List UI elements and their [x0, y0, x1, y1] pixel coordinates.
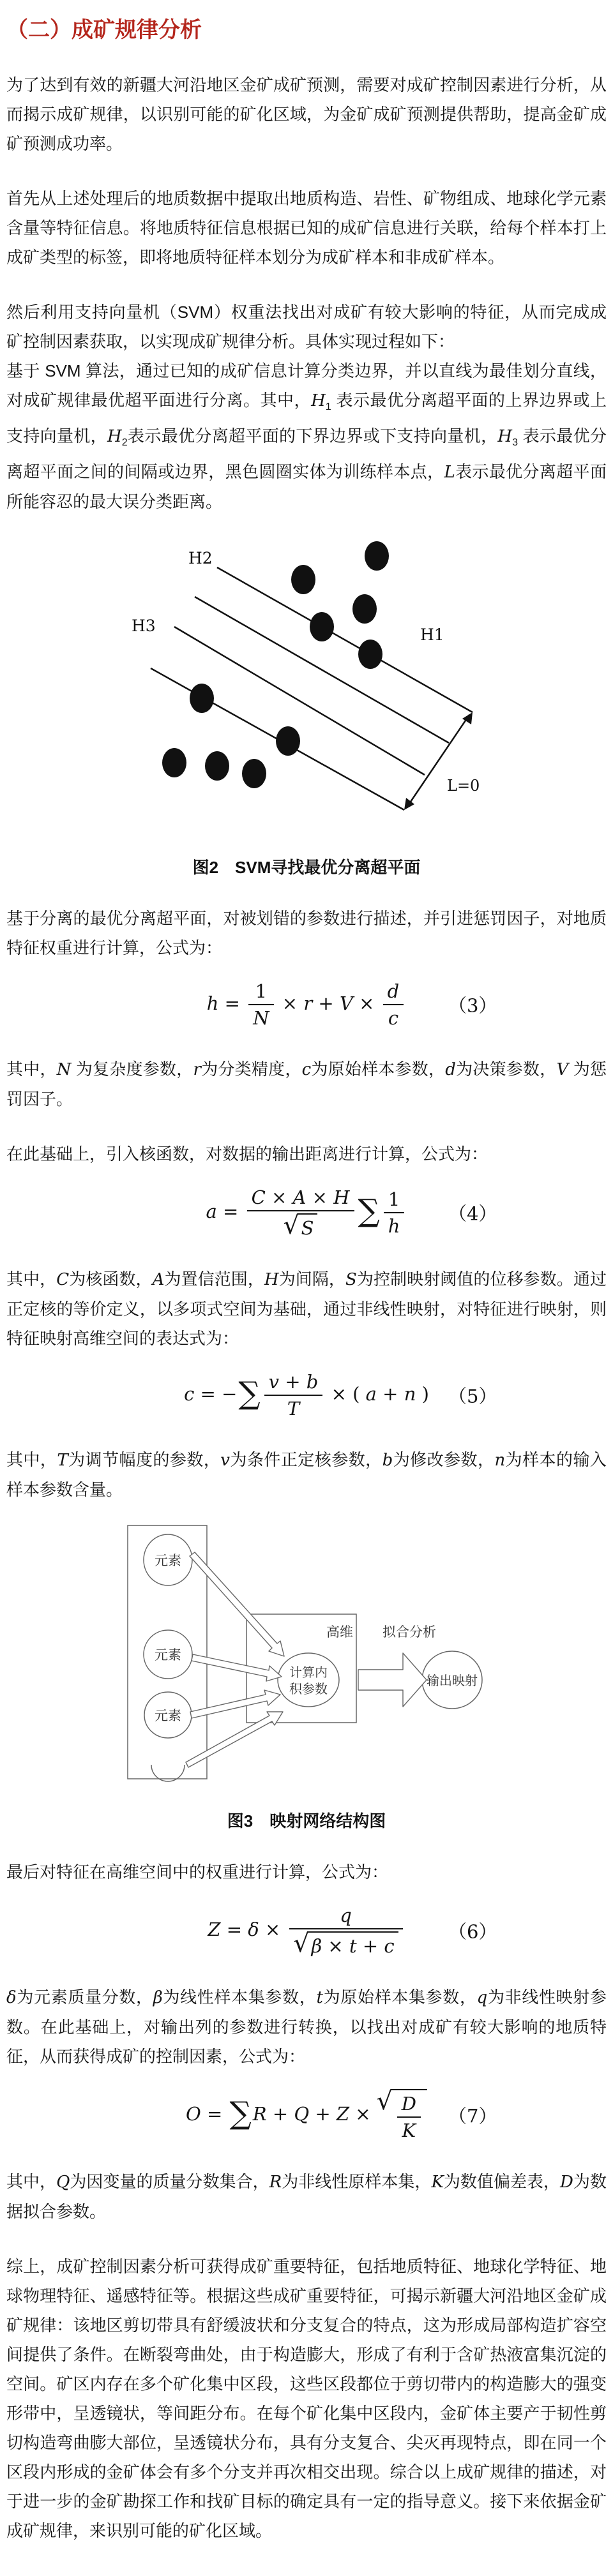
formula-6: Z = δ × q√β × t + c （6） [6, 1905, 607, 1957]
formula-6-number: （6） [448, 1918, 497, 1944]
high-dimension-label: 高维 [326, 1624, 353, 1640]
training-sample-points [162, 541, 389, 788]
mapping-arrow-icon [192, 1654, 282, 1681]
paragraph-weight-calc: 最后对特征在高维空间中的权重进行计算，公式为： [6, 1857, 607, 1887]
mapping-arrow-icon [186, 1712, 283, 1767]
formula-3-body: h = 1N × r + V × dc [207, 980, 406, 1029]
article-page: （二）成矿规律分析 为了达到有效的新疆大河沿地区金矿成矿预测，需要对成矿控制因素… [0, 0, 613, 2576]
sample-point [162, 748, 186, 777]
inner-product-node [278, 1653, 339, 1707]
formula-7-number: （7） [448, 2102, 497, 2129]
paragraph-formula3-terms: 其中，N 为复杂度参数，r为分类精度，c为原始样本参数，d为决策参数，V 为惩罚… [6, 1054, 607, 1114]
element-label-2: 元素 [155, 1647, 181, 1663]
element-label-3: 元素 [155, 1708, 181, 1723]
inner-product-label-line2: 积参数 [289, 1681, 328, 1696]
formula-3-number: （3） [448, 992, 497, 1018]
figure2-caption: 图2 SVM寻找最优分离超平面 [6, 855, 607, 878]
paragraph-feature-extraction: 首先从上述处理后的地质数据中提取出地质构造、岩性、矿物组成、地球化学元素含量等特… [6, 184, 607, 272]
mapping-arrow-icon [190, 1552, 284, 1656]
paragraph-kernel-intro: 在此基础上，引入核函数，对数据的输出距离进行计算，公式为： [6, 1139, 607, 1169]
label-l0: L=0 [447, 777, 480, 795]
output-mapping-label: 输出映射 [427, 1673, 478, 1688]
paragraph-svm-method: 然后利用支持向量机（SVM）权重法找出对成矿有较大影响的特征，从而完成成矿控制因… [6, 297, 607, 356]
sample-point [291, 565, 315, 594]
formula-3: h = 1N × r + V × dc （3） [6, 980, 607, 1029]
paragraph-hyperplane-description: 基于 SVM 算法，通过已知的成矿信息计算分类边界，并以直线为最佳划分直线，对成… [6, 356, 607, 516]
label-h1: H1 [420, 625, 444, 644]
sample-point [365, 541, 389, 571]
sample-point [310, 612, 334, 641]
fit-analysis-arrow-icon [358, 1653, 427, 1707]
inner-product-label-line1: 计算内 [289, 1665, 328, 1680]
formula-6-body: Z = δ × q√β × t + c [208, 1905, 405, 1957]
formula-7-body: O = ∑R + Q + Z × √DK [186, 2089, 427, 2141]
paragraph-intro: 为了达到有效的新疆大河沿地区金矿成矿预测，需要对成矿控制因素进行分析，从而揭示成… [6, 70, 607, 158]
paragraph-summary: 综上，成矿控制因素分析可获得成矿重要特征，包括地质特征、地球化学特征、地球物理特… [6, 2252, 607, 2545]
formula-5-body: c = −∑v + bT × ( a + n ) [184, 1371, 429, 1419]
page-title: （二）成矿规律分析 [6, 15, 607, 45]
label-h3: H3 [132, 617, 156, 635]
figure-svm-hyperplane: H2 H3 H1 L=0 [121, 535, 492, 846]
label-h2: H2 [188, 549, 213, 567]
sample-point [190, 684, 214, 713]
formula-7: O = ∑R + Q + Z × √DK （7） [6, 2089, 607, 2141]
element-label-1: 元素 [155, 1553, 181, 1568]
formula-5: c = −∑v + bT × ( a + n ) （5） [6, 1371, 607, 1419]
formula-4-number: （4） [448, 1200, 497, 1226]
figure3-caption: 图3 映射网络结构图 [6, 1808, 607, 1832]
formula-5-number: （5） [448, 1382, 497, 1409]
formula-4: a = C × A × H√S∑1h （4） [6, 1187, 607, 1239]
fit-analysis-label: 拟合分析 [382, 1624, 436, 1640]
sample-point [352, 594, 377, 624]
mapping-arrow-icon [190, 1690, 280, 1718]
formula-4-body: a = C × A × H√S∑1h [206, 1187, 407, 1239]
paragraph-formula5-terms: 其中，T为调节幅度的参数，v为条件正定核参数，b为修改参数，n为样本的输入样本参… [6, 1445, 607, 1504]
paragraph-formula6-terms: δ为元素质量分数，β为线性样本集参数，t为原始样本集参数，q为非线性映射参数。在… [6, 1982, 607, 2071]
paragraph-penalty-factor: 基于分离的最优分离超平面，对被划错的参数进行描述，并引进惩罚因子，对地质特征权重… [6, 904, 607, 962]
figure-mapping-network: 元素 元素 元素 高维 拟合分析 计算内 积参数 输出映射 [123, 1524, 490, 1799]
sample-point [242, 759, 266, 788]
sample-point [276, 726, 300, 756]
sample-point [358, 640, 382, 669]
sample-point [205, 751, 229, 781]
mapping-arrows [186, 1552, 427, 1767]
paragraph-formula4-terms: 其中，C为核函数，A为置信范围，H为间隔，S为控制映射阈值的位移参数。通过正定核… [6, 1264, 607, 1353]
paragraph-formula7-terms: 其中，Q为因变量的质量分数集合，R为非线性原样本集，K为数值偏差表，D为数据拟合… [6, 2167, 607, 2226]
